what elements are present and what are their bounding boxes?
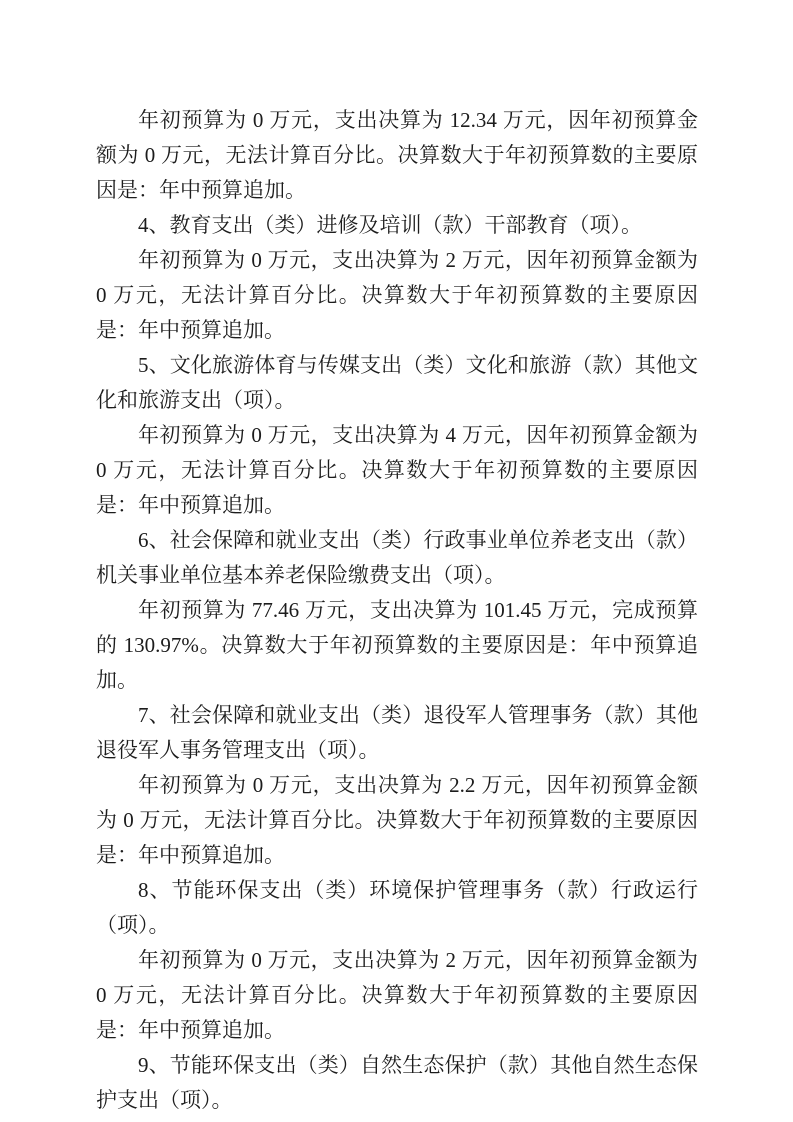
- budget-detail-paragraph: 年初预算为 0 万元，支出决算为 12.34 万元，因年初预算金额为 0 万元，…: [96, 103, 698, 208]
- budget-detail-paragraph: 年初预算为 0 万元，支出决算为 4 万元，因年初预算金额为 0 万元，无法计算…: [96, 418, 698, 523]
- budget-detail-paragraph: 年初预算为 0 万元，支出决算为 2.2 万元，因年初预算金额为 0 万元，无法…: [96, 768, 698, 873]
- expense-item-title: 4、教育支出（类）进修及培训（款）干部教育（项）。: [96, 208, 698, 243]
- budget-detail-paragraph: 年初预算为 0 万元，支出决算为 2 万元，因年初预算金额为 0 万元，无法计算…: [96, 943, 698, 1048]
- expense-item-title: 7、社会保障和就业支出（类）退役军人管理事务（款）其他退役军人事务管理支出（项）…: [96, 698, 698, 768]
- document-page: 年初预算为 0 万元，支出决算为 12.34 万元，因年初预算金额为 0 万元，…: [0, 0, 793, 1122]
- expense-item-title: 6、社会保障和就业支出（类）行政事业单位养老支出（款）机关事业单位基本养老保险缴…: [96, 523, 698, 593]
- expense-item-title: 8、节能环保支出（类）环境保护管理事务（款）行政运行（项）。: [96, 873, 698, 943]
- budget-detail-paragraph: 年初预算为 77.46 万元，支出决算为 101.45 万元，完成预算的 130…: [96, 593, 698, 698]
- expense-item-title: 5、文化旅游体育与传媒支出（类）文化和旅游（款）其他文化和旅游支出（项）。: [96, 348, 698, 418]
- document-body: 年初预算为 0 万元，支出决算为 12.34 万元，因年初预算金额为 0 万元，…: [96, 103, 698, 1118]
- expense-item-title: 9、节能环保支出（类）自然生态保护（款）其他自然生态保护支出（项）。: [96, 1048, 698, 1118]
- budget-detail-paragraph: 年初预算为 0 万元，支出决算为 2 万元，因年初预算金额为 0 万元，无法计算…: [96, 243, 698, 348]
